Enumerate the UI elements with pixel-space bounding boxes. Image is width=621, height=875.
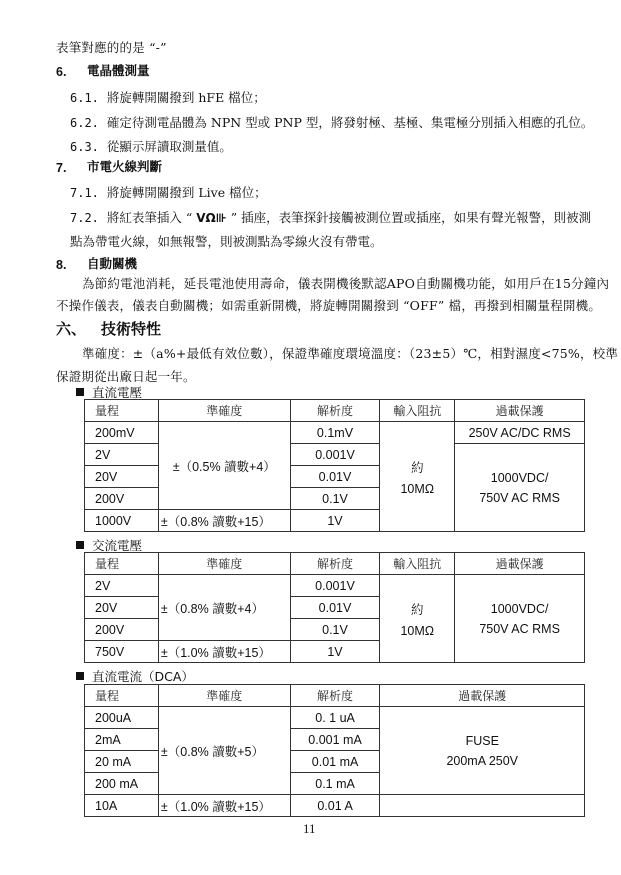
list-item: 7.1.將旋轉開關撥到 Live 檔位； — [70, 183, 267, 201]
list-item: 6.2.確定待測電晶體為 NPN 型或 PNP 型，將發射極、基極、集電極分別插… — [70, 113, 593, 131]
table-row: 200mV ±（0.5% 讀數+4） 0.1mV 約 10MΩ 250V AC/… — [85, 422, 585, 444]
table-header-row: 量程 準確度 解析度 輸入阻抗 過載保護 — [85, 400, 585, 422]
table-header-row: 量程 準確度 解析度 輸入阻抗 過載保護 — [85, 553, 585, 575]
dc-voltage-table: 量程 準確度 解析度 輸入阻抗 過載保護 200mV ±（0.5% 讀數+4） … — [84, 399, 585, 532]
input-impedance-cell: 約 10MΩ — [380, 422, 455, 532]
input-impedance-cell: 約 10MΩ — [380, 575, 455, 663]
square-bullet-icon — [76, 672, 84, 680]
paragraph-line: 不操作儀表，儀表自動關機；如需重新開機，將旋轉開關撥到 “OFF” 檔，再撥到相… — [56, 296, 601, 314]
section-8-heading: 8. 自動關機 — [56, 254, 66, 273]
table-row: 10A ±（1.0% 讀數+15） 0.01 A — [85, 795, 585, 817]
paragraph-line: 準確度：±（a%+最低有效位數），保證準確度環境溫度：（23±5）℃，相對濕度<… — [82, 344, 618, 362]
chapter-title: 技術特性 — [101, 318, 161, 339]
dc-current-table: 量程 準確度 解析度 過載保護 200uA ±（0.8% 讀數+5） 0. 1 … — [84, 684, 585, 817]
section-title: 電晶體測量 — [87, 61, 150, 79]
section-title: 市電火線判斷 — [87, 157, 162, 175]
manual-page: 表筆對應的的是 “-” 6. 電晶體測量 6.1.將旋轉開關撥到 hFE 檔位；… — [0, 0, 621, 875]
list-item: 7.2.將紅表筆插入 “ VΩ⊪ ” 插座，表筆探針接觸被測位置或插座，如果有聲… — [70, 208, 591, 226]
overload-cell: 1000VDC/ 750V AC RMS — [455, 575, 585, 663]
intro-line: 表筆對應的的是 “-” — [56, 38, 167, 56]
section-number: 8. — [56, 258, 66, 272]
section-6-heading: 6. 電晶體測量 — [56, 61, 66, 80]
square-bullet-icon — [76, 388, 84, 396]
table-row: 200uA ±（0.8% 讀數+5） 0. 1 uA FUSE 200mA 25… — [85, 707, 585, 729]
table-header-row: 量程 準確度 解析度 過載保護 — [85, 685, 585, 707]
volt-ohm-jack-symbol-icon: VΩ⊪ — [196, 211, 226, 225]
paragraph-line: 為節約電池消耗，延長電池使用壽命，儀表開機後默認APO自動關機功能，如用戶在15… — [82, 274, 609, 292]
chapter-heading: 六、 技術特性 — [56, 318, 86, 339]
section-number: 6. — [56, 65, 66, 79]
section-7-heading: 7. 市電火線判斷 — [56, 157, 66, 176]
section-number: 7. — [56, 161, 66, 175]
square-bullet-icon — [76, 541, 84, 549]
table-title: 直流電流（DCA） — [76, 667, 194, 685]
table-row: 2V ±（0.8% 讀數+4） 0.001V 約 10MΩ 1000VDC/ 7… — [85, 575, 585, 597]
overload-cell: FUSE 200mA 250V — [380, 707, 585, 795]
list-item: 6.3.從顯示屏讀取測量值。 — [70, 137, 232, 155]
ac-voltage-table: 量程 準確度 解析度 輸入阻抗 過載保護 2V ±（0.8% 讀數+4） 0.0… — [84, 552, 585, 663]
chapter-number: 六、 — [56, 320, 86, 338]
list-item: 6.1.將旋轉開關撥到 hFE 檔位； — [70, 88, 266, 106]
overload-cell: 1000VDC/ 750V AC RMS — [455, 444, 585, 532]
list-item-continuation: 點為帶電火線，如無報警，則被測點為零線火沒有帶電。 — [70, 232, 383, 250]
section-title: 自動關機 — [87, 254, 137, 272]
page-number: 11 — [303, 821, 316, 837]
